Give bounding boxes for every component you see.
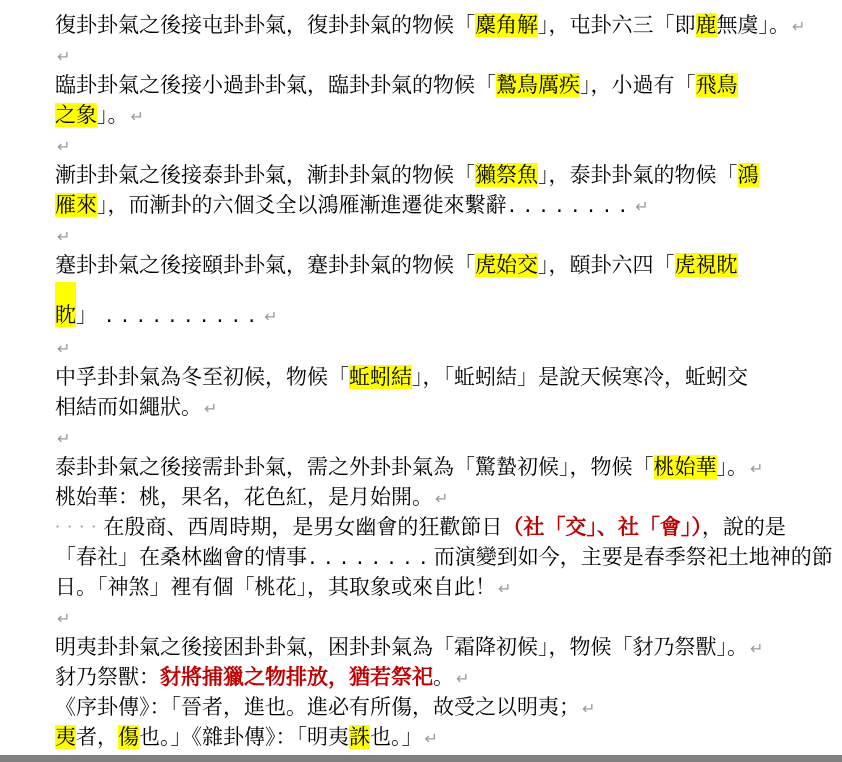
- body-text: 日。「神煞」裡有個「桃花」，其取象或來自此！: [55, 575, 496, 599]
- body-text: 復卦卦氣之後接屯卦卦氣，復卦卦氣的物候「: [55, 13, 475, 37]
- paragraph-mark-icon: ↵: [57, 47, 70, 66]
- highlighted-text: 雁來: [55, 193, 97, 217]
- text-line: 眈」 ..........↵: [55, 300, 827, 332]
- blank-line: ↵: [55, 40, 827, 70]
- body-text: 漸卦卦氣之後接泰卦卦氣，漸卦卦氣的物候「: [55, 163, 475, 187]
- body-text: 」。: [717, 455, 749, 479]
- text-line: 豺乃祭獸：豺將捕獵之物排放，猶若祭祀。↵: [55, 662, 827, 692]
- text-line: 日。「神煞」裡有個「桃花」，其取象或來自此！↵: [55, 572, 827, 602]
- body-text: ，說的是: [702, 515, 786, 539]
- blank-line: ↵: [55, 220, 827, 250]
- blank-line: ↵: [55, 602, 827, 632]
- text-line: 漸卦卦氣之後接泰卦卦氣，漸卦卦氣的物候「獺祭魚」，泰卦卦氣的物候「鴻: [55, 160, 827, 190]
- body-text: 臨卦卦氣之後接小過卦卦氣，臨卦卦氣的物候「: [55, 73, 496, 97]
- text-line: 蹇卦卦氣之後接頤卦卦氣，蹇卦卦氣的物候「虎始交」，頤卦六四「虎視眈: [55, 250, 827, 280]
- text-line: 明夷卦卦氣之後接困卦卦氣，困卦卦氣為「霜降初候」，物候「豺乃祭獸」。↵: [55, 632, 827, 662]
- paragraph-mark-icon: ↵: [498, 579, 511, 598]
- blank-line: ↵: [55, 130, 827, 160]
- ellipsis-dots: ..........: [104, 306, 262, 327]
- highlighted-text: 虎始交: [475, 253, 538, 277]
- text-line: 中孚卦卦氣為冬至初候，物候「蚯蚓結」，「蚯蚓結」是說天候寒冷，蚯蚓交: [55, 362, 827, 392]
- body-text: 在殷商、西周時期，是男女幽會的狂歡節日: [103, 515, 502, 539]
- paragraph-mark-icon: ↵: [204, 399, 217, 418]
- paragraph-mark-icon: ↵: [57, 227, 70, 246]
- paragraph-mark-icon: ↵: [792, 17, 805, 36]
- paragraph-mark-icon: ↵: [264, 307, 277, 326]
- highlighted-text: 獺祭魚: [475, 163, 538, 187]
- paragraph-mark-icon: ↵: [435, 489, 448, 508]
- body-text: 泰卦卦氣之後接需卦卦氣，需之外卦卦氣為「驚蟄初候」，物候「: [55, 455, 654, 479]
- body-text: 蹇卦卦氣之後接頤卦卦氣，蹇卦卦氣的物候「: [55, 253, 475, 277]
- highlighted-text: 虎視眈: [675, 253, 738, 277]
- highlighted-text: 傷: [118, 725, 139, 749]
- body-text: 也。」: [370, 725, 423, 749]
- body-text: 桃始華：桃，果名，花色紅，是月始開。: [55, 485, 433, 509]
- text-line: 泰卦卦氣之後接需卦卦氣，需之外卦卦氣為「驚蟄初候」，物候「桃始華」。↵: [55, 452, 827, 482]
- paragraph-mark-icon: ↵: [635, 197, 648, 216]
- body-text: 」，「蚯蚓結」是說天候寒冷，蚯蚓交: [412, 365, 748, 389]
- text-line: 之象」。↵: [55, 100, 827, 130]
- body-text: 」。: [97, 103, 129, 127]
- space-format-marks: ····: [55, 517, 103, 536]
- body-text: 無虞」。: [717, 13, 791, 37]
- body-text: 」，屯卦六三「即: [538, 13, 696, 37]
- body-text: 《序卦傳》：「晉者，進也。進必有所傷，故受之以明夷；: [55, 695, 580, 719]
- paragraph-mark-icon: ↵: [750, 459, 763, 478]
- text-line: 《序卦傳》：「晉者，進也。進必有所傷，故受之以明夷；↵: [55, 692, 827, 722]
- document-text-area: 復卦卦氣之後接屯卦卦氣，復卦卦氣的物候「麋角解」，屯卦六三「即鹿無虞」。↵↵臨卦…: [55, 10, 827, 752]
- text-line: 臨卦卦氣之後接小過卦卦氣，臨卦卦氣的物候「鷙鳥厲疾」，小過有「飛鳥: [55, 70, 827, 100]
- body-text: 豺乃祭獸：: [55, 665, 160, 689]
- paragraph-mark-icon: ↵: [57, 339, 70, 358]
- paragraph-mark-icon: ↵: [456, 669, 469, 688]
- highlighted-text: 之象: [55, 103, 97, 127]
- highlighted-text: 誅: [349, 725, 370, 749]
- text-line: 相結而如繩狀。↵: [55, 392, 827, 422]
- text-line: 復卦卦氣之後接屯卦卦氣，復卦卦氣的物候「麋角解」，屯卦六三「即鹿無虞」。↵: [55, 10, 827, 40]
- highlighted-text: 鴻: [738, 163, 759, 187]
- body-text: 」，頤卦六四「: [538, 253, 675, 277]
- text-line: ····在殷商、西周時期，是男女幽會的狂歡節日（社「交」、社「會」），說的是: [55, 512, 827, 542]
- body-text: 者，: [76, 725, 118, 749]
- highlighted-text: 眈: [55, 303, 76, 327]
- body-text: 」，而漸卦的六個爻全以鴻雁漸進遷徙來繫辭: [97, 193, 507, 217]
- red-emphasis-text: （社「交」、社「會」）: [502, 514, 702, 539]
- body-text: 「春社」在桑林幽會的情事: [55, 545, 307, 569]
- highlighted-text: 桃始華: [654, 455, 717, 479]
- highlighted-text: 蚯蚓結: [349, 365, 412, 389]
- highlighted-text: 飛鳥: [696, 73, 738, 97]
- highlighted-text: 鷙鳥厲疾: [496, 73, 580, 97]
- page-bottom-edge: [0, 755, 842, 762]
- paragraph-mark-icon: ↵: [57, 609, 70, 628]
- body-text: 相結而如繩狀。: [55, 395, 202, 419]
- paragraph-mark-icon: ↵: [57, 137, 70, 156]
- paragraph-mark-icon: ↵: [57, 429, 70, 448]
- document-page: 復卦卦氣之後接屯卦卦氣，復卦卦氣的物候「麋角解」，屯卦六三「即鹿無虞」。↵↵臨卦…: [0, 0, 842, 762]
- ellipsis-dots: ........: [307, 548, 434, 569]
- blank-line: ↵: [55, 332, 827, 362]
- red-emphasis-text: 豺將捕獵之物排放，猶若祭祀: [160, 664, 433, 689]
- paragraph-mark-icon: ↵: [131, 107, 144, 126]
- body-text: 」: [76, 303, 104, 327]
- paragraph-mark-icon: ↵: [425, 729, 438, 748]
- paragraph-mark-icon: ↵: [582, 699, 595, 718]
- text-line: 桃始華：桃，果名，花色紅，是月始開。↵: [55, 482, 827, 512]
- paragraph-mark-icon: ↵: [750, 639, 763, 658]
- text-line: 夷者，傷也。」《雜卦傳》：「明夷誅也。」↵: [55, 722, 827, 752]
- body-text: 」，小過有「: [580, 73, 696, 97]
- highlighted-text: 夷: [55, 725, 76, 749]
- text-line: 雁來」，而漸卦的六個爻全以鴻雁漸進遷徙來繫辭........↵: [55, 190, 827, 220]
- ellipsis-dots: ........: [507, 196, 634, 217]
- highlighted-text: 麋角解: [475, 13, 538, 37]
- blank-line: ↵: [55, 422, 827, 452]
- body-text: 明夷卦卦氣之後接困卦卦氣，困卦卦氣為「霜降初候」，物候「豺乃祭獸」。: [55, 635, 748, 659]
- text-line: 「春社」在桑林幽會的情事........而演變到如今，主要是春季祭祀土地神的節: [55, 542, 827, 572]
- body-text: 」，泰卦卦氣的物候「: [538, 163, 738, 187]
- body-text: 。: [433, 665, 454, 689]
- body-text: 中孚卦卦氣為冬至初候，物候「: [55, 365, 349, 389]
- body-text: 而演變到如今，主要是春季祭祀土地神的節: [434, 545, 833, 569]
- body-text: 也。」《雜卦傳》：「明夷: [139, 725, 349, 749]
- highlighted-text: 鹿: [696, 13, 717, 37]
